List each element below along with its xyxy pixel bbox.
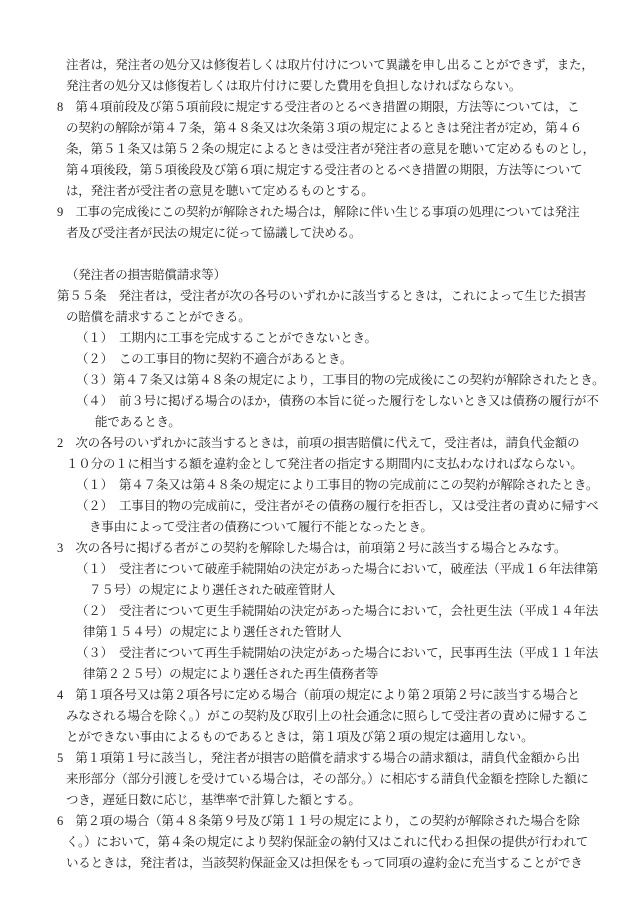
document-line: の賠償を請求することができる。 [57, 307, 612, 328]
document-line: 4 第１項各号又は第２項各号に定める場合（前項の規定により第２項第２号に該当する… [57, 685, 612, 706]
document-line: 注者は，発注者の処分又は修復若しくは取片付けについて異議を申し出ることができず，… [57, 55, 612, 76]
document-line: 律第２２５号）の規定により選任された再生債務者等 [57, 664, 612, 685]
document-line: の契約の解除が第４７条，第４８条又は次条第３項の規定によるときは発注者が定め，第… [57, 118, 612, 139]
document-line: き事由によって受注者の債務について履行不能となったとき。 [57, 517, 612, 538]
blank-line [57, 244, 612, 265]
document-line: く。）において，第４条の規定により契約保証金の納付又はこれに代わる担保の提供が行… [57, 832, 612, 853]
document-line: 8 第４項前段及び第５項前段に規定する受注者のとるべき措置の期限，方法等について… [57, 97, 612, 118]
document-line: つき，遅延日数に応じ，基準率で計算した額とする。 [57, 790, 612, 811]
document-line: 律第１５４号）の規定により選任された管財人 [57, 622, 612, 643]
document-line: （２） この工事目的物に契約不適合があるとき。 [57, 349, 612, 370]
document-line: 能であるとき。 [57, 412, 612, 433]
document-line: 第４項後段，第５項後段及び第６項に規定する受注者のとるべき措置の期限，方法等につ… [57, 160, 612, 181]
document-line: 6 第２項の場合（第４８条第９号及び第１１号の規定により，この契約が解除された場… [57, 811, 612, 832]
document-line: いるときは，発注者は，当該契約保証金又は担保をもって同項の違約金に充当することが… [57, 853, 612, 874]
document-line: （３）第４７条又は第４８条の規定により，工事目的物の完成後にこの契約が解除された… [57, 370, 612, 391]
document-line: は，発注者が受注者の意見を聴いて定めるものとする。 [57, 181, 612, 202]
document-line: （１） 工期内に工事を完成することができないとき。 [57, 328, 612, 349]
document-line: １０分の１に相当する額を違約金として発注者の指定する期間内に支払わなければならな… [57, 454, 612, 475]
document-line: とができない事由によるものであるときは，第１項及び第２項の規定は適用しない。 [57, 727, 612, 748]
document-line: 2 次の各号のいずれかに該当するときは，前項の損害賠償に代えて，受注者は，請負代… [57, 433, 612, 454]
document-line: 5 第１項第１号に該当し，発注者が損害の賠償を請求する場合の請求額は，請負代金額… [57, 748, 612, 769]
document-line: （４） 前３号に掲げる場合のほか，債務の本旨に従った履行をしないとき又は債務の履… [57, 391, 612, 412]
document-page: 注者は，発注者の処分又は修復若しくは取片付けについて異議を申し出ることができず，… [0, 0, 630, 903]
document-line: みなされる場合を除く。）がこの契約及び取引上の社会通念に照らして受注者の責めに帰… [57, 706, 612, 727]
document-line: （発注者の損害賠償請求等） [57, 265, 612, 286]
document-line: （２） 受注者について更生手続開始の決定があった場合において，会社更生法（平成１… [57, 601, 612, 622]
document-line: 第５５条 発注者は，受注者が次の各号のいずれかに該当するときは，これによって生じ… [57, 286, 612, 307]
document-line: 9 工事の完成後にこの契約が解除された場合は，解除に伴い生じる事項の処理について… [57, 202, 612, 223]
document-line: （２） 工事目的物の完成前に，受注者がその債務の履行を拒否し，又は受注者の責めに… [57, 496, 612, 517]
document-content: 注者は，発注者の処分又は修復若しくは取片付けについて異議を申し出ることができず，… [57, 55, 612, 874]
document-line: （３） 受注者について再生手続開始の決定があった場合において，民事再生法（平成１… [57, 643, 612, 664]
document-line: 発注者の処分又は修復若しくは取片付けに要した費用を負担しなければならない。 [57, 76, 612, 97]
document-line: 条，第５１条又は第５２条の規定によるときは受注者が発注者の意見を聴いて定めるもの… [57, 139, 612, 160]
document-line: 来形部分（部分引渡しを受けている場合は，その部分。）に相応する請負代金額を控除し… [57, 769, 612, 790]
document-line: 3 次の各号に掲げる者がこの契約を解除した場合は，前項第２号に該当する場合とみな… [57, 538, 612, 559]
document-line: （１） 第４７条又は第４８条の規定により工事目的物の完成前にこの契約が解除された… [57, 475, 612, 496]
document-line: （１） 受注者について破産手続開始の決定があった場合において，破産法（平成１６年… [57, 559, 612, 580]
document-line: 者及び受注者が民法の規定に従って協議して決める。 [57, 223, 612, 244]
document-line: ７５号）の規定により選任された破産管財人 [57, 580, 612, 601]
